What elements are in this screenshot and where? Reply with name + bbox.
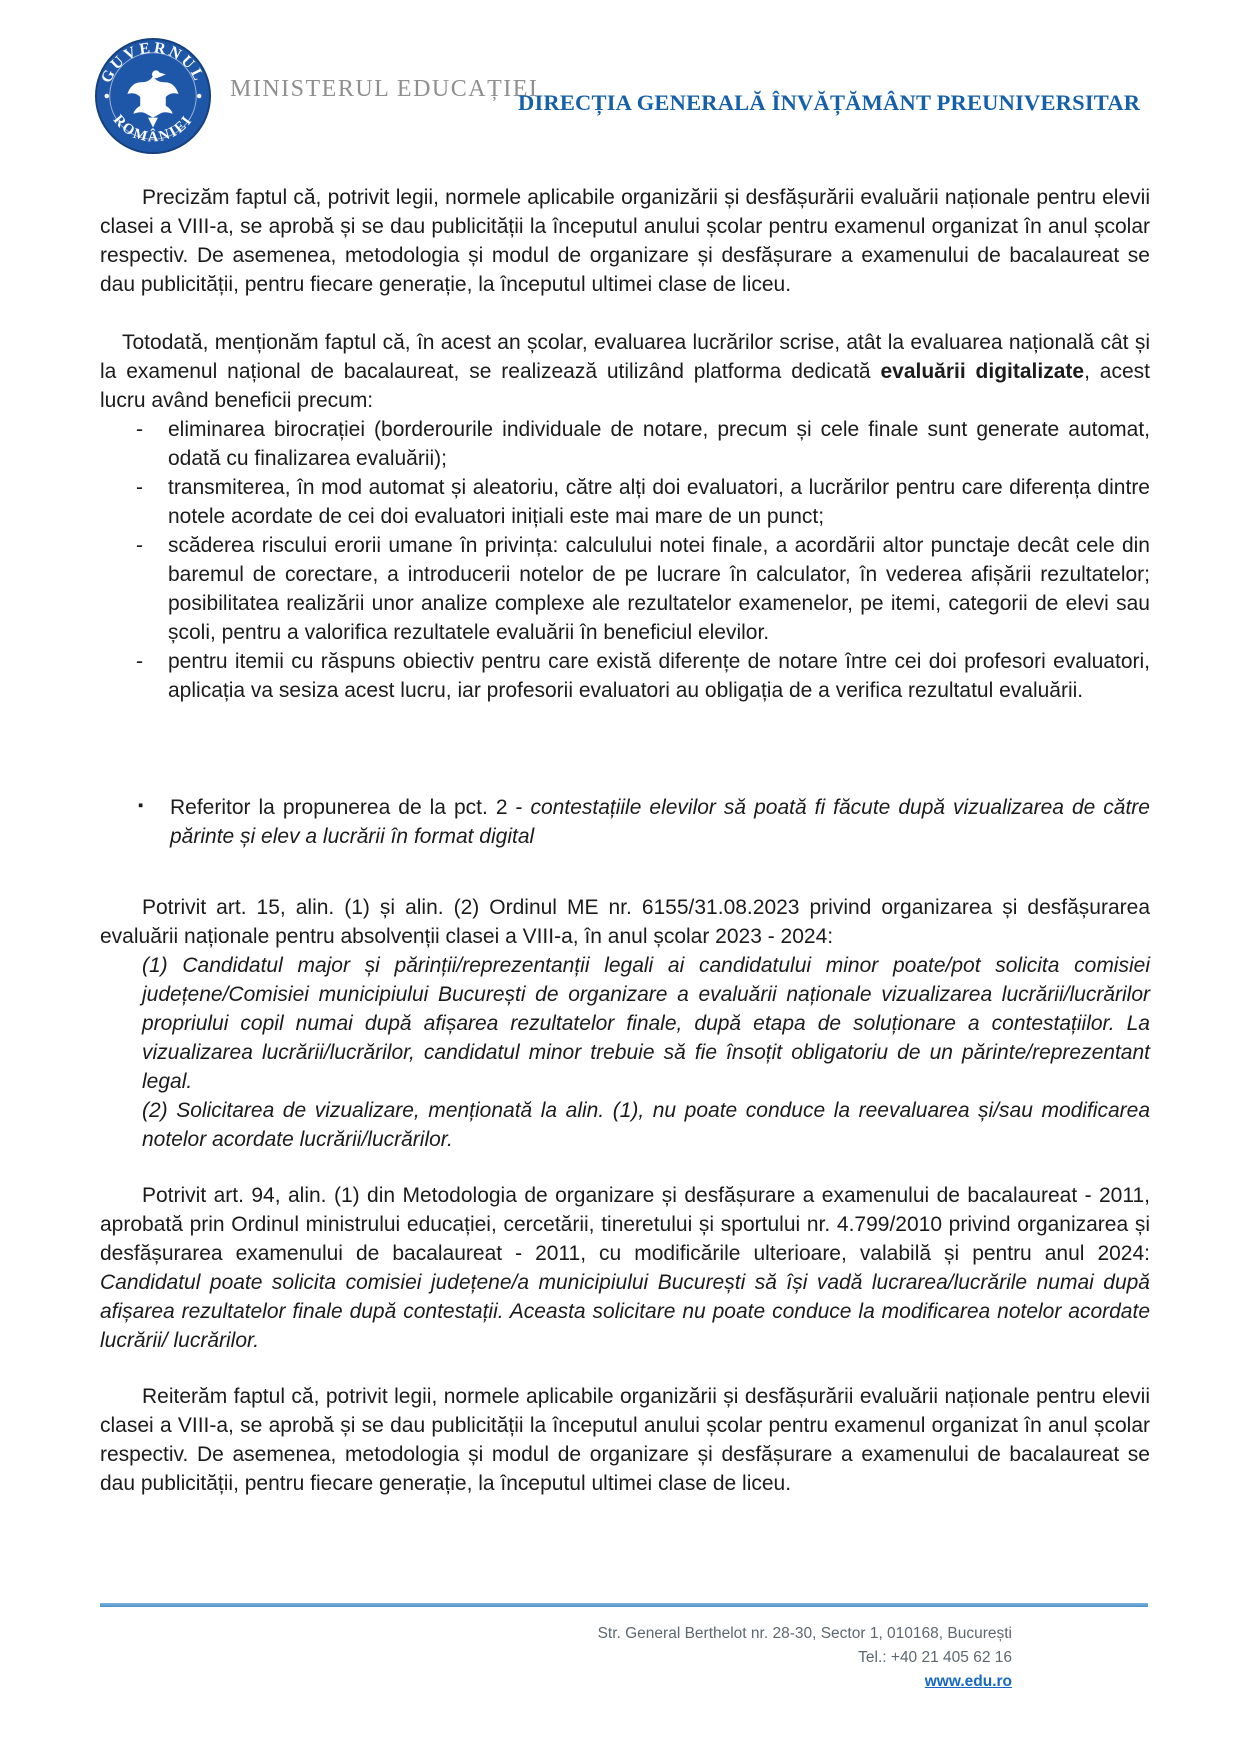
referitor-item: ▪Referitor la propunerea de la pct. 2 - … (100, 793, 1150, 851)
dash-bullet-marker: - (136, 647, 143, 676)
paragraph-art94-normal: Potrivit art. 94, alin. (1) din Metodolo… (100, 1184, 1150, 1265)
list-item-text: transmiterea, în mod automat și aleatori… (168, 476, 1150, 528)
website-link[interactable]: www.edu.ro (925, 1673, 1012, 1690)
ministry-name: MINISTERUL EDUCAȚIEI (230, 76, 538, 103)
dash-bullet-marker: - (136, 473, 143, 502)
list-item-text: scăderea riscului erorii umane în privin… (168, 534, 1150, 644)
footer-phone: Tel.: +40 21 405 62 16 (598, 1646, 1012, 1670)
list-item-text: pentru itemii cu răspuns obiectiv pentru… (168, 650, 1150, 702)
benefits-bullet-list: -eliminarea birocrației (borderourile in… (100, 415, 1150, 705)
list-item-text: eliminarea birocrației (borderourile ind… (168, 418, 1150, 470)
paragraph-totodata-bold: evaluării digitalizate (880, 360, 1084, 383)
list-item: -transmiterea, în mod automat și aleator… (100, 473, 1150, 531)
paragraph-reiteram: Reiterăm faptul că, potrivit legii, norm… (100, 1382, 1150, 1498)
quote-alin-2: (2) Solicitarea de vizualizare, menționa… (142, 1096, 1150, 1154)
list-item: -eliminarea birocrației (borderourile in… (100, 415, 1150, 473)
dash-bullet-marker: - (136, 415, 143, 444)
direction-title: DIRECȚIA GENERALĂ ÎNVĂȚĂMÂNT PREUNIVERSI… (518, 90, 1048, 116)
paragraph-art94-italic: Candidatul poate solicita comisiei județ… (100, 1271, 1150, 1352)
paragraph-precizam: Precizăm faptul că, potrivit legii, norm… (100, 183, 1150, 299)
quote-alin-1: (1) Candidatul major și părinții/repreze… (142, 951, 1150, 1096)
footer-divider (100, 1603, 1148, 1607)
list-item: -pentru itemii cu răspuns obiectiv pentr… (100, 647, 1150, 705)
dash-bullet-marker: - (136, 531, 143, 560)
government-of-romania-seal-icon: GUVERNUL ROMÂNIEI (94, 36, 212, 156)
square-bullet-marker: ▪ (138, 791, 143, 820)
document-footer: Str. General Berthelot nr. 28-30, Sector… (598, 1622, 1012, 1694)
paragraph-potrivit-art94: Potrivit art. 94, alin. (1) din Metodolo… (100, 1181, 1150, 1355)
document-page: GUVERNUL ROMÂNIEI MINISTERUL EDUCAȚIEI D… (0, 0, 1242, 1755)
list-item: -scăderea riscului erorii umane în privi… (100, 531, 1150, 647)
footer-address: Str. General Berthelot nr. 28-30, Sector… (598, 1622, 1012, 1646)
referitor-normal-text: Referitor la propunerea de la pct. 2 - (170, 796, 531, 819)
paragraph-totodata: Totodată, menționăm faptul că, în acest … (100, 328, 1150, 415)
document-body: Precizăm faptul că, potrivit legii, norm… (100, 183, 1150, 1498)
paragraph-potrivit-art15: Potrivit art. 15, alin. (1) și alin. (2)… (100, 893, 1150, 951)
